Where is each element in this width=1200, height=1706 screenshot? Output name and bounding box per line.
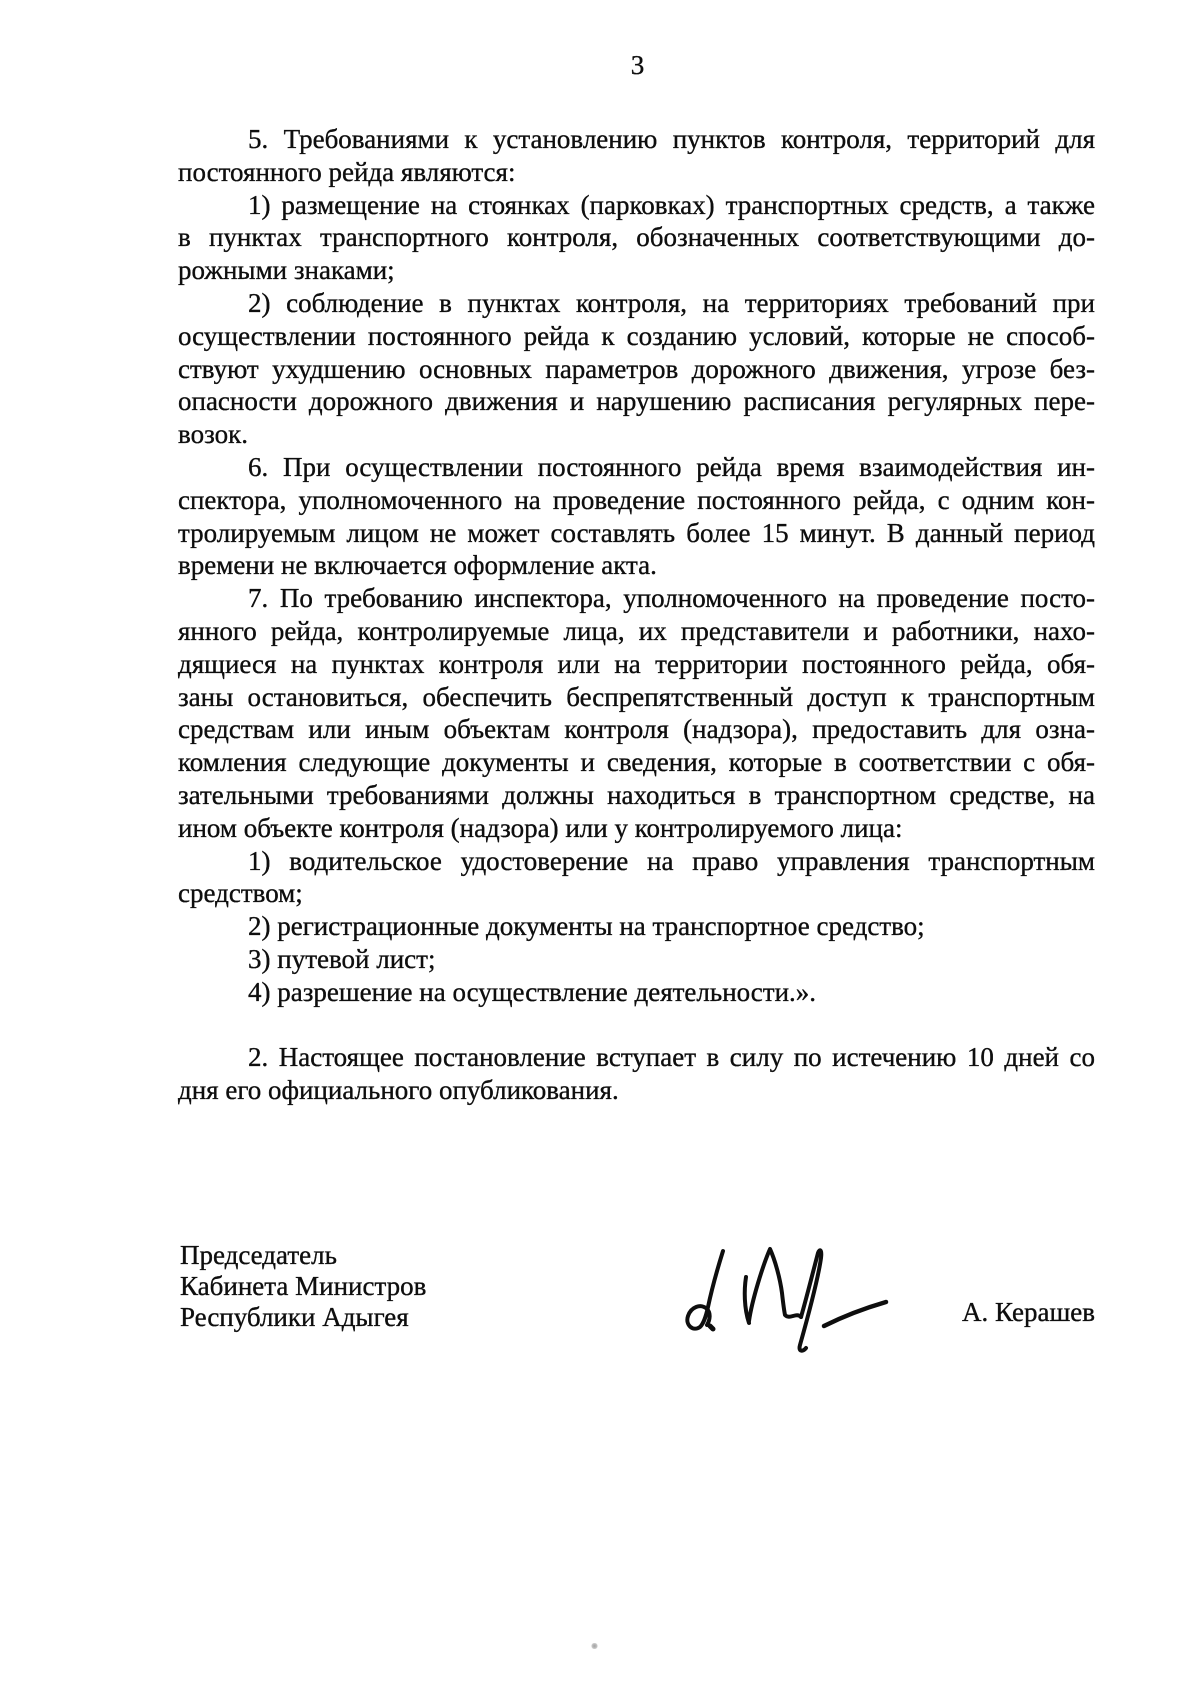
text-line: комления следующие документы и сведения,… — [178, 746, 1095, 779]
text-line: 4) разрешение на осуществление деятельно… — [178, 976, 1095, 1009]
text-line: 5. Требованиями к установлению пунктов к… — [178, 123, 1095, 156]
text-line: 1) размещение на стоянках (парковках) тр… — [178, 189, 1095, 222]
text-line: осуществлении постоянного рейда к создан… — [178, 320, 1095, 353]
document-page: 3 5. Требованиями к установлению пунктов… — [0, 0, 1200, 1706]
text-line: опасности дорожного движения и нарушению… — [178, 385, 1095, 418]
text-line: 2) соблюдение в пунктах контроля, на тер… — [178, 287, 1095, 320]
text-line: 2. Настоящее постановление вступает в си… — [178, 1041, 1095, 1074]
text-line: 1) водительское удостоверение на право у… — [178, 845, 1095, 878]
text-line: возок. — [178, 418, 1095, 451]
text-line: зательными требованиями должны находитьс… — [178, 779, 1095, 812]
text-line: янного рейда, контролируемые лица, их пр… — [178, 615, 1095, 648]
document-body: 5. Требованиями к установлению пунктов к… — [178, 123, 1095, 1107]
text-line: рожными знаками; — [178, 254, 1095, 287]
text-line: дня его официального опубликования. — [178, 1074, 1095, 1107]
signatory-name: А. Керашев — [180, 1297, 1095, 1328]
text-line: ствуют ухудшению основных параметров дор… — [178, 353, 1095, 386]
text-line: спектора, уполномоченного на проведение … — [178, 484, 1095, 517]
text-line: 2) регистрационные документы на транспор… — [178, 910, 1095, 943]
text-line: средствам или иным объектам контроля (на… — [178, 713, 1095, 746]
text-line: заны остановиться, обеспечить беспрепятс… — [178, 681, 1095, 714]
text-line: постоянного рейда являются: — [178, 156, 1095, 189]
text-line: в пунктах транспортного контроля, обозна… — [178, 221, 1095, 254]
text-line: 7. По требованию инспектора, уполномочен… — [178, 582, 1095, 615]
text-line: дящиеся на пунктах контроля или на терри… — [178, 648, 1095, 681]
text-line: 6. При осуществлении постоянного рейда в… — [178, 451, 1095, 484]
page-number: 3 — [180, 49, 1095, 81]
text-line: средством; — [178, 877, 1095, 910]
blank-line — [178, 1009, 1095, 1042]
text-line: времени не включается оформление акта. — [178, 549, 1095, 582]
text-line: 3) путевой лист; — [178, 943, 1095, 976]
scan-artifact — [591, 1643, 598, 1649]
text-line: тролируемым лицом не может составлять бо… — [178, 517, 1095, 550]
text-line: ином объекте контроля (надзора) или у ко… — [178, 812, 1095, 845]
